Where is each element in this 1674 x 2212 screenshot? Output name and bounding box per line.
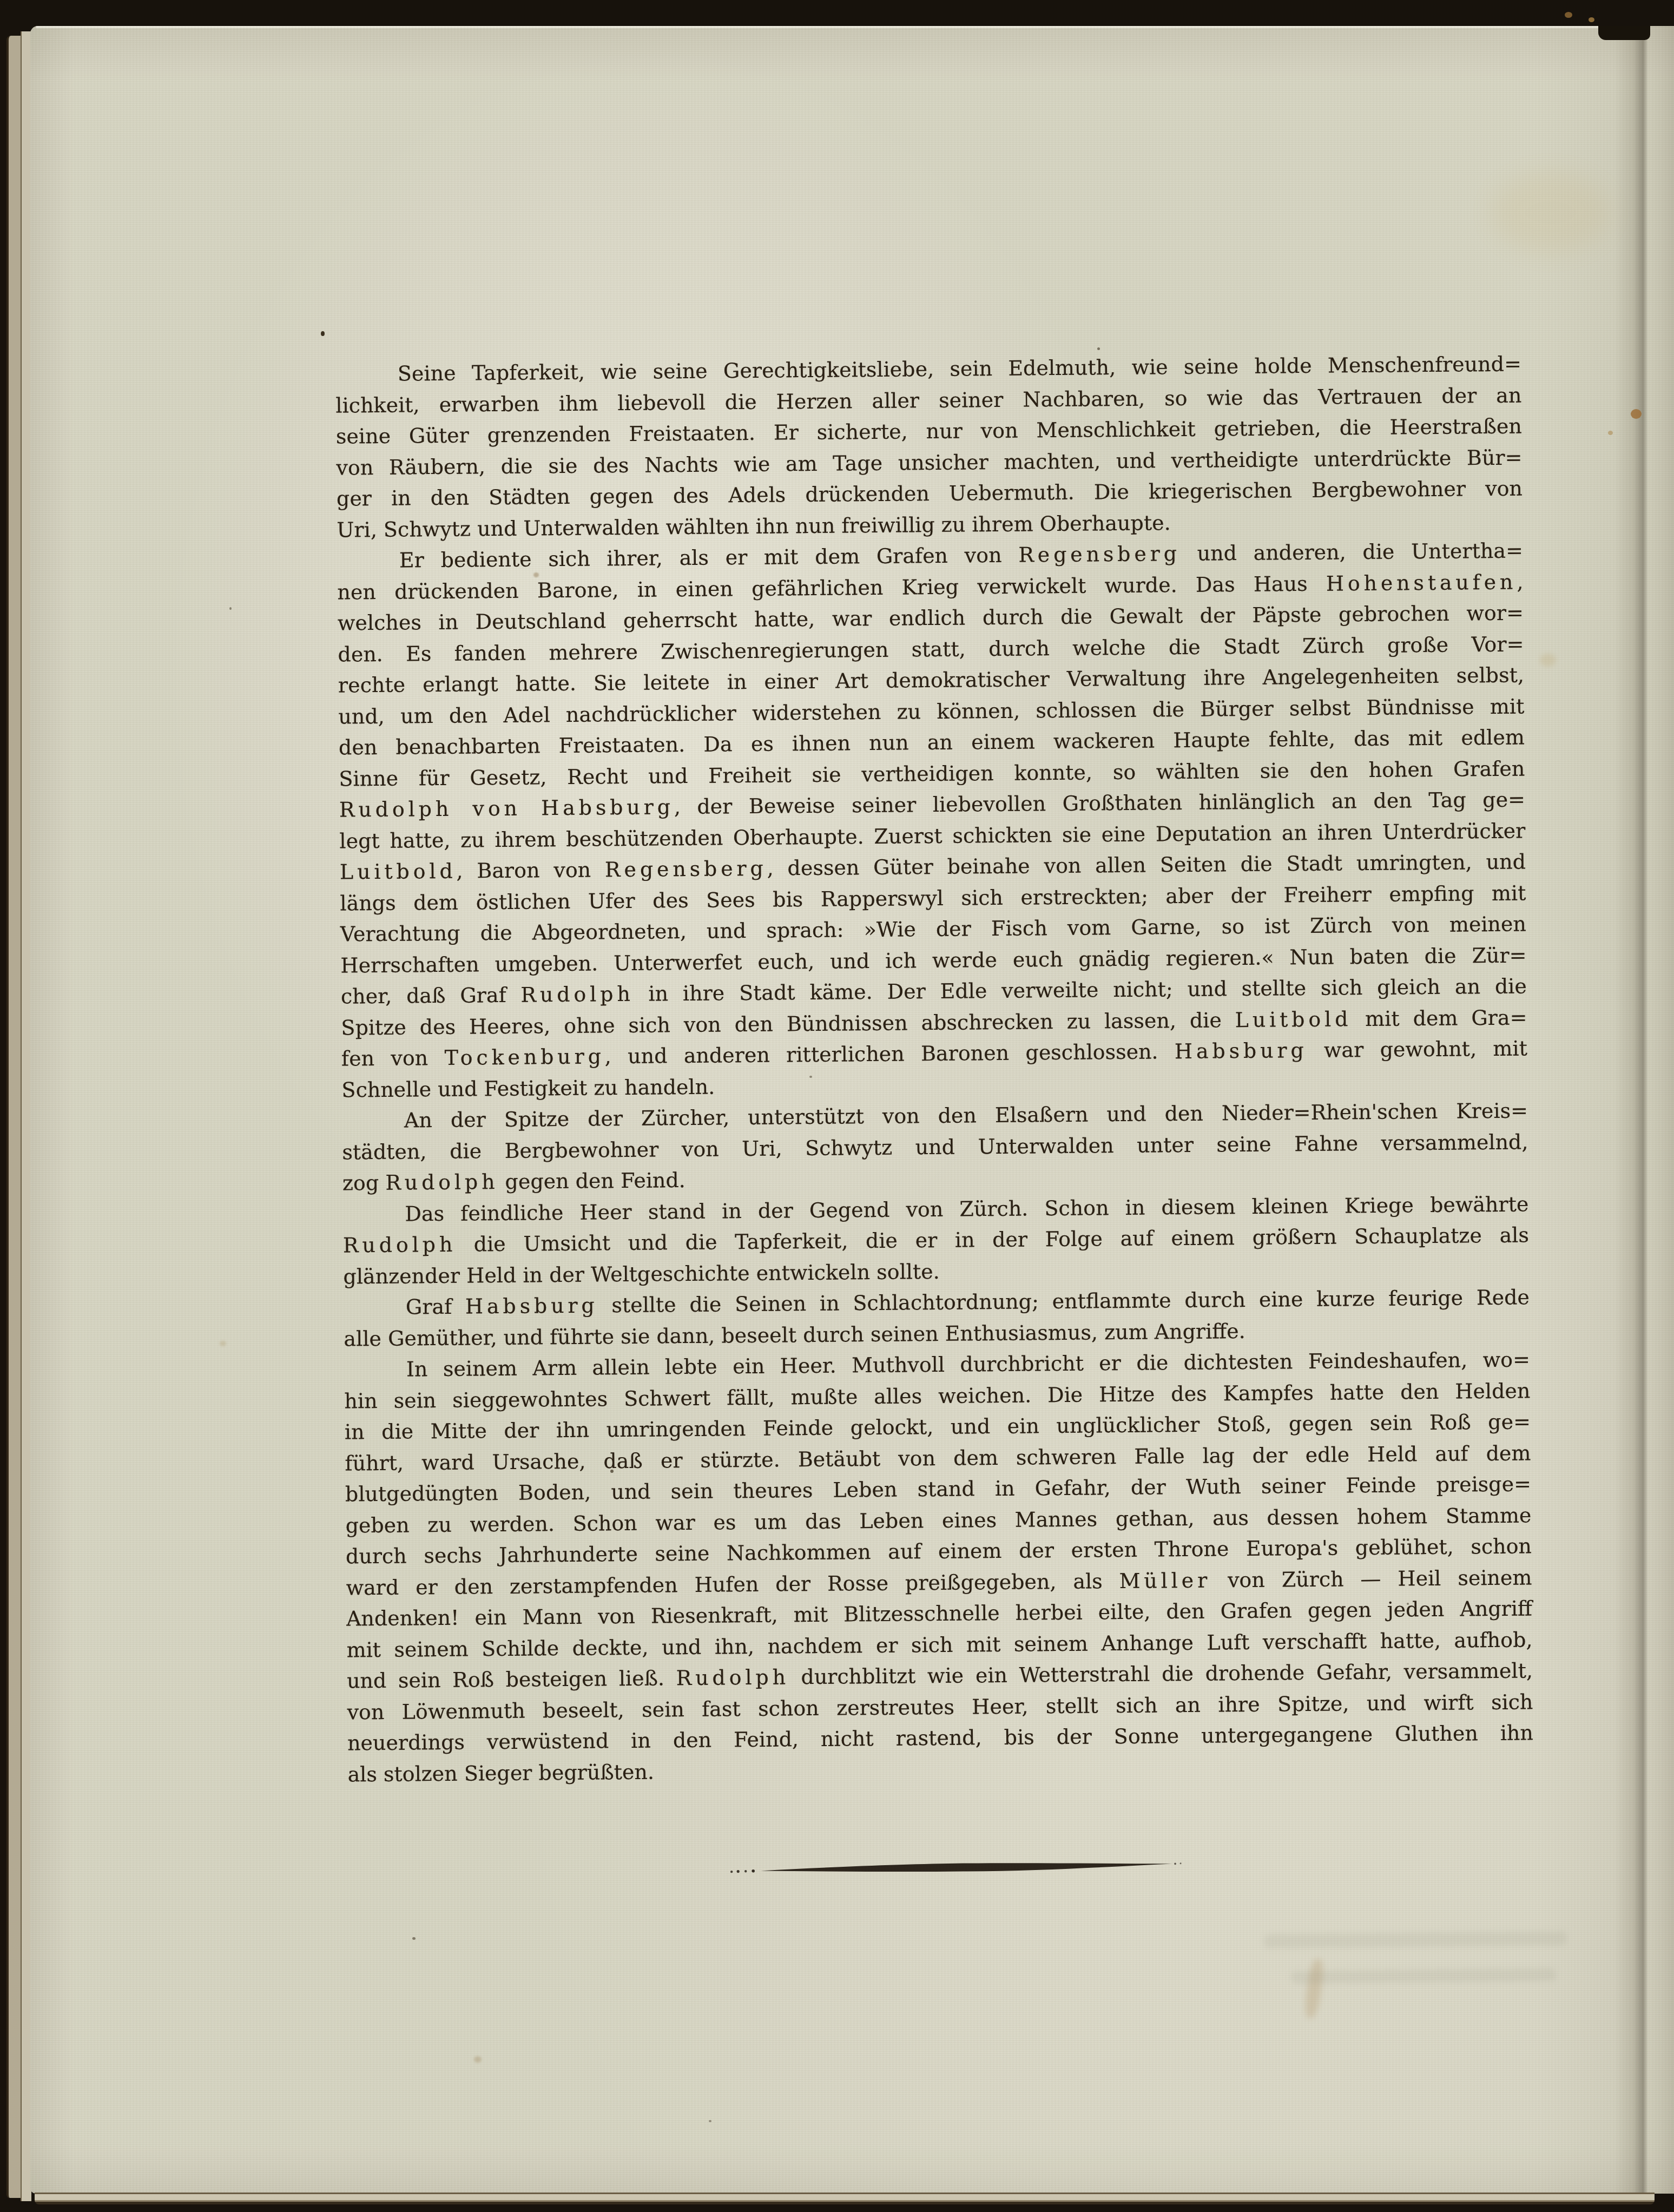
text-segment: durchblitzt wie ein Wetterstrahl die dro…: [789, 1658, 1533, 1689]
text-segment: An der Spitze der Zürcher, unterstützt v…: [404, 1098, 1528, 1132]
text-segment: ,: [1517, 570, 1523, 594]
text-segment: Uri, Schwytz und Unterwalden wählten ihn…: [337, 511, 1171, 542]
text-segment: blutgedüngten Boden, und sein theures Le…: [345, 1472, 1531, 1506]
scan-root: { "colors": { "paper": "#d6d4c2", "ink":…: [0, 0, 1674, 2212]
text-segment: , und anderen ritterlichen Baronen gesch…: [605, 1039, 1175, 1068]
text-segment: , dessen Güter beinahe von allen Seiten …: [767, 850, 1526, 880]
text-segment: Seine Tapferkeit, wie seine Gerechtigkei…: [398, 352, 1521, 385]
paragraph: Graf Habsburg stellte die Seinen in Schl…: [344, 1282, 1530, 1354]
emphasized-name: Luitbold: [340, 859, 457, 884]
emphasized-name: Regensberg: [1018, 542, 1181, 567]
text-segment: zog: [342, 1171, 386, 1195]
text-segment: ward er den zerstampfenden Hufen der Ros…: [346, 1569, 1119, 1599]
emphasized-name: Rudolph von Habsburg: [339, 795, 674, 821]
text-segment: welches in Deutschland geherrscht hatte,…: [338, 601, 1524, 635]
paragraphs: Seine Tapferkeit, wie seine Gerechtigkei…: [335, 348, 1534, 1790]
foxing-spot: [1303, 1958, 1325, 2019]
under-page-bottom-edge: [35, 2193, 1655, 2204]
text-segment: Andenken! ein Mann von Riesenkraft, mit …: [346, 1596, 1532, 1630]
foxing-spot: [220, 1341, 226, 1346]
text-segment: neuerdings verwüstend in den Feind, nich…: [347, 1721, 1533, 1755]
emphasized-name: Regensberg: [605, 857, 767, 882]
emphasized-name: Rudolph: [676, 1665, 790, 1690]
foxing-spot: [1608, 431, 1613, 435]
text-segment: mit dem Gra=: [1352, 1005, 1527, 1031]
emphasized-name: Rudolph: [343, 1233, 457, 1258]
binding-shadow: [1598, 26, 1650, 40]
swelled-rule-icon: [728, 1858, 1183, 1878]
foxing-spot: [1631, 409, 1642, 419]
text-segment: ger in den Städten gegen des Adels drück…: [337, 476, 1523, 510]
binding-speck: [1565, 12, 1572, 18]
text-segment: , Baron von: [456, 858, 605, 883]
text-segment: von Zürch — Heil seinem: [1211, 1565, 1532, 1592]
text-segment: in die Mitte der ihn umringenden Feinde …: [345, 1410, 1531, 1444]
page-text: Seine Tapferkeit, wie seine Gerechtigkei…: [335, 348, 1534, 1872]
paragraph: Seine Tapferkeit, wie seine Gerechtigkei…: [335, 348, 1523, 545]
text-segment: Schnelle und Festigkeit zu handeln.: [341, 1075, 715, 1102]
section-divider: [728, 1850, 1183, 1870]
text-segment: glänzender Held in der Weltgeschichte en…: [343, 1259, 940, 1288]
book-page: Seine Tapferkeit, wie seine Gerechtigkei…: [30, 26, 1674, 2194]
text-segment: cher, daß Graf: [341, 983, 521, 1009]
text-segment: gegen den Feind.: [498, 1168, 686, 1194]
paragraph: An der Spitze der Zürcher, unterstützt v…: [342, 1095, 1528, 1199]
text-segment: als stolzen Sieger begrüßten.: [347, 1760, 654, 1786]
emphasized-name: Hohenstaufen: [1326, 570, 1517, 595]
foxing-spot: [474, 2056, 482, 2063]
text-segment: den benachbarten Freistaaten. Da es ihne…: [339, 725, 1525, 759]
text-segment: stellte die Seinen in Schlachtordnung; e…: [598, 1285, 1530, 1317]
foxing-spot: [1540, 654, 1556, 667]
text-segment: alle Gemüther, und führte sie dann, bese…: [344, 1319, 1245, 1351]
gutter-shadow: [1533, 26, 1674, 2194]
emphasized-name: Luitbold: [1235, 1007, 1352, 1032]
text-segment: nen drückenden Barone, in einen gefährli…: [337, 571, 1326, 604]
text-segment: In seinem Arm allein lebte ein Heer. Mut…: [406, 1347, 1530, 1381]
paragraph: In seinem Arm allein lebte ein Heer. Mut…: [344, 1344, 1534, 1790]
foxing-spot: [1491, 172, 1610, 253]
text-segment: , der Beweise seiner liebevollen Großtha…: [674, 787, 1525, 819]
paragraph: Das feindliche Heer stand in der Gegend …: [342, 1189, 1529, 1293]
emphasized-name: Müller: [1119, 1568, 1211, 1592]
scanned-book-photo: Seine Tapferkeit, wie seine Gerechtigkei…: [0, 0, 1674, 2212]
text-segment: Spitze des Heeres, ohne sich von den Bün…: [341, 1008, 1235, 1039]
text-segment: in ihre Stadt käme. Der Edle verweilte n…: [634, 974, 1527, 1005]
ink-bleedthrough: [1264, 1931, 1567, 1948]
emphasized-name: Rudolph: [385, 1170, 499, 1195]
ink-bleedthrough: [1291, 1968, 1556, 1984]
under-page-edge: [21, 31, 31, 2201]
emphasized-name: Tockenburg: [444, 1044, 605, 1070]
text-segment: Er bediente sich ihrer, als er mit dem G…: [399, 543, 1019, 572]
text-segment: fen von: [341, 1046, 445, 1071]
emphasized-name: Rudolph: [520, 982, 634, 1007]
text-segment: die Umsicht und die Tapferkeit, die er i…: [456, 1223, 1529, 1256]
text-segment: seine Güter grenzenden Freistaaten. Er s…: [336, 414, 1522, 448]
text-segment: Das feindliche Heer stand in der Gegend …: [405, 1192, 1528, 1226]
emphasized-name: Habsburg: [1175, 1038, 1308, 1063]
text-segment: rechte erlangt hatte. Sie leitete in ein…: [338, 663, 1524, 697]
paragraph: Er bediente sich ihrer, als er mit dem G…: [337, 535, 1528, 1105]
text-segment: Graf: [406, 1295, 465, 1319]
binding-speck: [1589, 17, 1594, 22]
text-segment: war gewohnt, mit: [1307, 1036, 1527, 1062]
text-segment: Verachtung die Abgeordneten, und sprach:…: [340, 912, 1526, 946]
emphasized-name: Habsburg: [465, 1293, 598, 1318]
text-segment: und anderen, die Untertha=: [1181, 538, 1523, 565]
text-segment: durch sechs Jahrhunderte seine Nachkomme…: [346, 1534, 1532, 1568]
text-segment: und sein Roß besteigen ließ.: [347, 1666, 676, 1693]
